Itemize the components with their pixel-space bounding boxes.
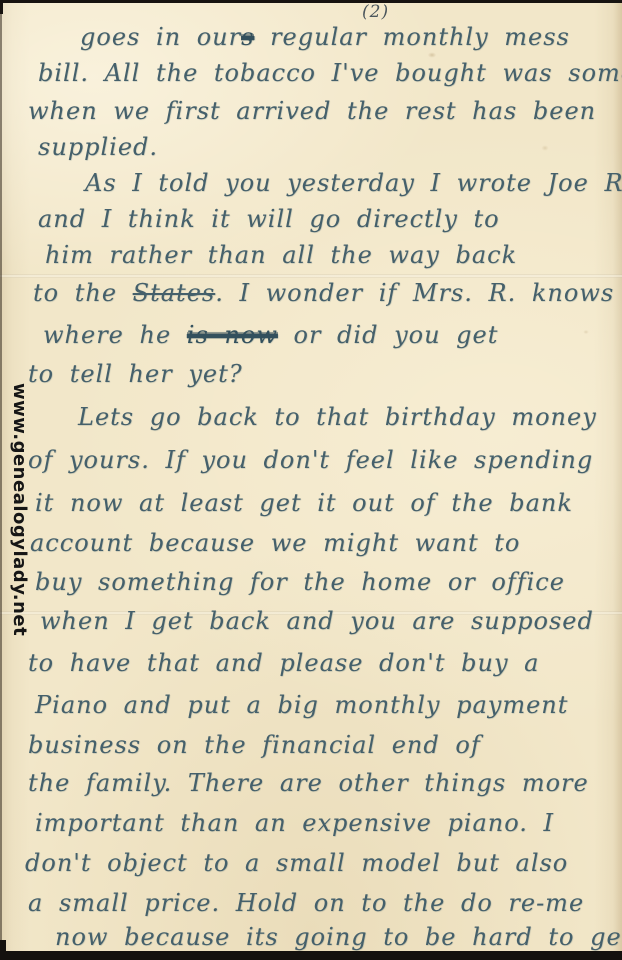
handwritten-line: important than an expensive piano. I	[35, 806, 554, 840]
crossed-out-text: States	[133, 279, 216, 307]
scan-edge-left	[0, 0, 2, 960]
handwritten-line: the family. There are other things more	[28, 766, 589, 800]
handwritten-line: to tell her yet?	[28, 357, 243, 391]
handwritten-line: supplied.	[38, 130, 158, 164]
handwritten-line: where he is now or did you get	[43, 318, 498, 352]
scan-edge-bottom	[0, 951, 622, 960]
handwritten-line: don't object to a small model but also	[25, 846, 568, 880]
handwritten-line: to have that and please don't buy a	[28, 646, 539, 680]
handwritten-line: of yours. If you don't feel like spendin…	[28, 443, 593, 477]
scan-edge-corner	[0, 0, 3, 14]
letter-scan-page: (2) goes in ours regular monthly mess bi…	[0, 0, 622, 960]
handwritten-line: bill. All the tobacco I've bought was so…	[38, 56, 622, 90]
handwritten-line: and I think it will go directly to	[38, 202, 500, 236]
handwritten-line: As I told you yesterday I wrote Joe R.	[85, 166, 622, 200]
handwritten-line: account because we might want to	[30, 526, 520, 560]
handwritten-line: business on the financial end of	[28, 728, 481, 762]
scan-edge-corner	[0, 940, 6, 960]
handwritten-line: goes in ours regular monthly mess	[80, 20, 570, 54]
handwritten-line: when I get back and you are supposed	[40, 604, 594, 638]
scan-edge-top	[0, 0, 622, 3]
handwritten-line: Piano and put a big monthly payment	[35, 688, 568, 722]
watermark-text: www.genealogylady.net	[9, 383, 30, 636]
handwritten-line: buy something for the home or office	[35, 565, 565, 599]
handwritten-line: now because its going to be hard to get	[55, 920, 622, 954]
handwritten-line: him rather than all the way back	[45, 238, 517, 272]
crossed-out-text: is now	[187, 321, 278, 349]
crossed-out-text: s	[241, 23, 254, 51]
handwritten-line: to the States. I wonder if Mrs. R. knows	[33, 276, 614, 310]
handwritten-line: it now at least get it out of the bank	[35, 486, 573, 520]
handwritten-line: Lets go back to that birthday money	[78, 400, 597, 434]
handwritten-line: when we first arrived the rest has been	[28, 94, 596, 128]
handwritten-line: a small price. Hold on to the do re-me	[28, 886, 584, 920]
page-number: (2)	[362, 2, 389, 22]
